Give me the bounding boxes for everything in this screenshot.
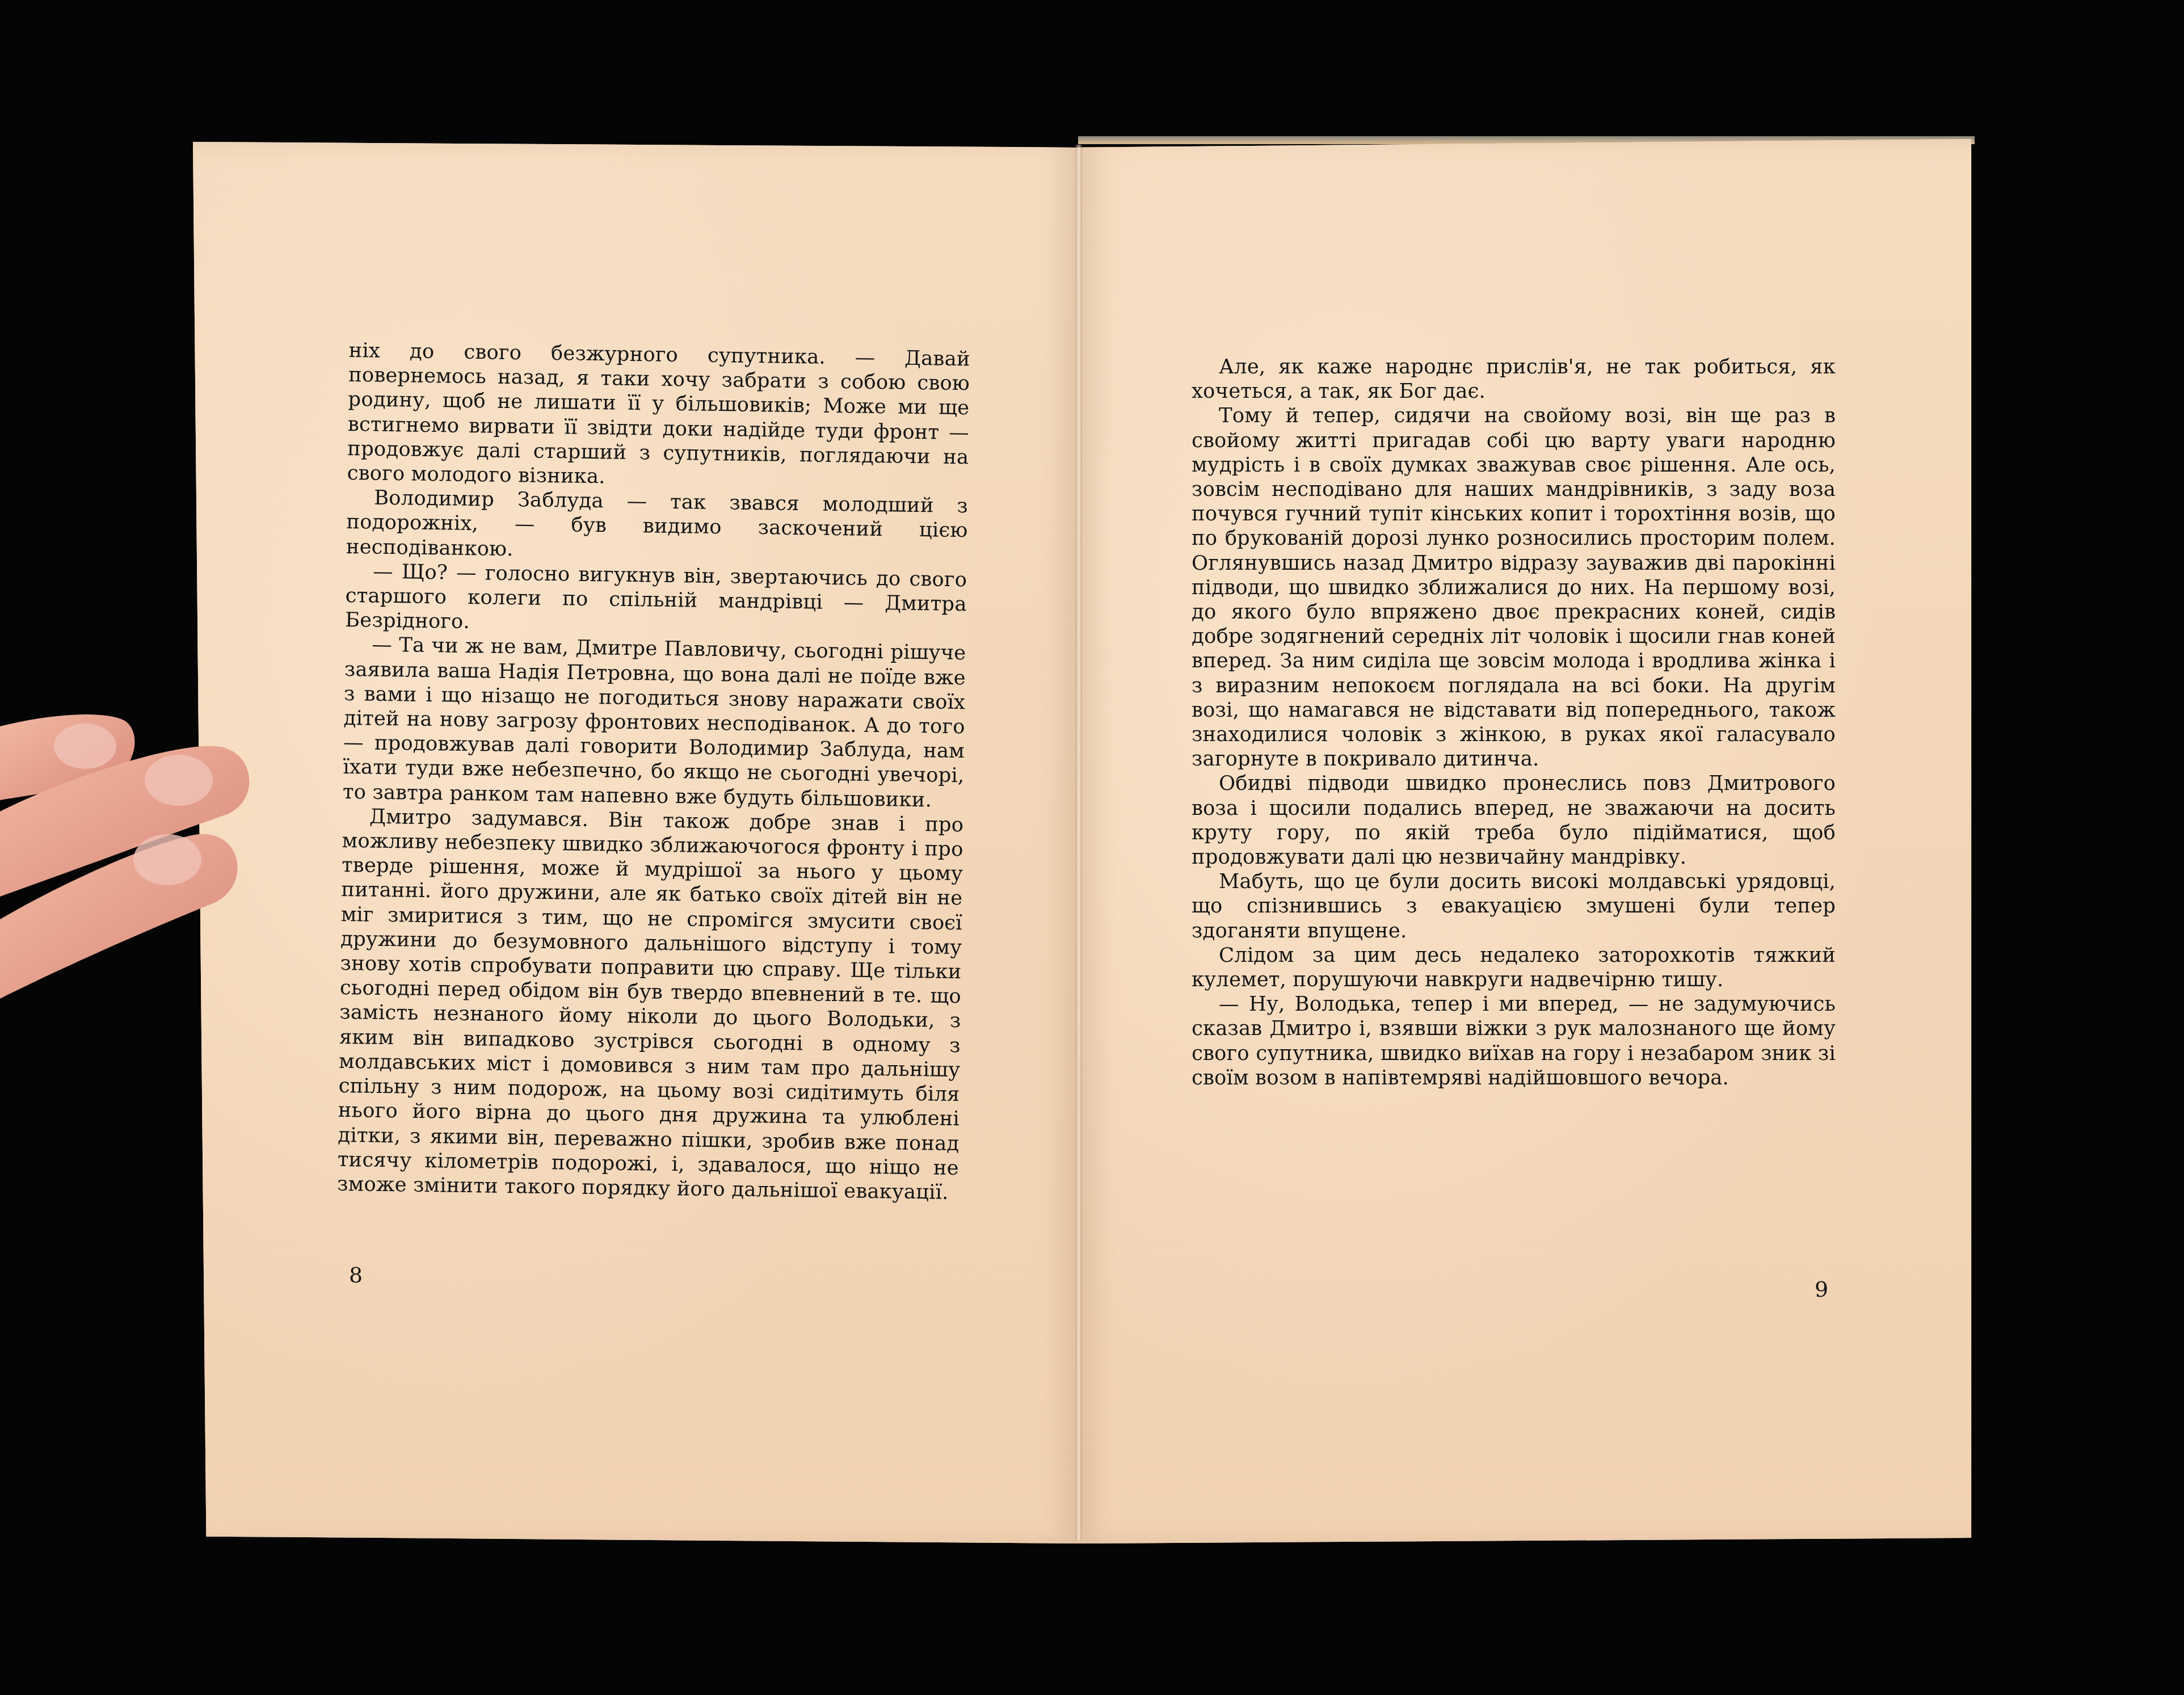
page-number-left: 8 [349, 1263, 363, 1288]
paragraph: — Що? — голосно вигукнув він, звертаючис… [345, 559, 967, 641]
paragraph: — Ну, Володька, тепер і ми вперед, — не … [1192, 992, 1836, 1090]
paragraph: Мабуть, що це були досить високі молдавс… [1192, 869, 1836, 943]
open-book-spread: ніх до свого безжурного супутника. — Дав… [0, 0, 2184, 1695]
right-page-text: Але, як каже народнє прислів'я, не так р… [1192, 355, 1836, 1090]
paragraph: Слідом за цим десь недалеко заторохкотів… [1192, 943, 1836, 992]
paragraph: Обидві підводи швидко пронеслись повз Дм… [1192, 771, 1836, 869]
paragraph: Але, як каже народнє прислів'я, не так р… [1192, 355, 1836, 403]
book-gutter [1075, 145, 1082, 1541]
paragraph: Тому й тепер, сидячи на свойому возі, ві… [1192, 403, 1836, 771]
left-page-text: ніх до свого безжурного супутника. — Дав… [337, 338, 970, 1205]
paragraph: — Та чи ж не вам, Дмитре Павловичу, сьог… [343, 632, 966, 813]
paragraph: Володимир Заблуда — так звався молодший … [346, 485, 969, 567]
page-number-right: 9 [1815, 1277, 1828, 1302]
paragraph: ніх до свого безжурного супутника. — Дав… [347, 338, 970, 494]
hand-fingers-image [0, 681, 352, 1090]
paragraph: Дмитро задумався. Він також добре знав і… [337, 804, 964, 1205]
